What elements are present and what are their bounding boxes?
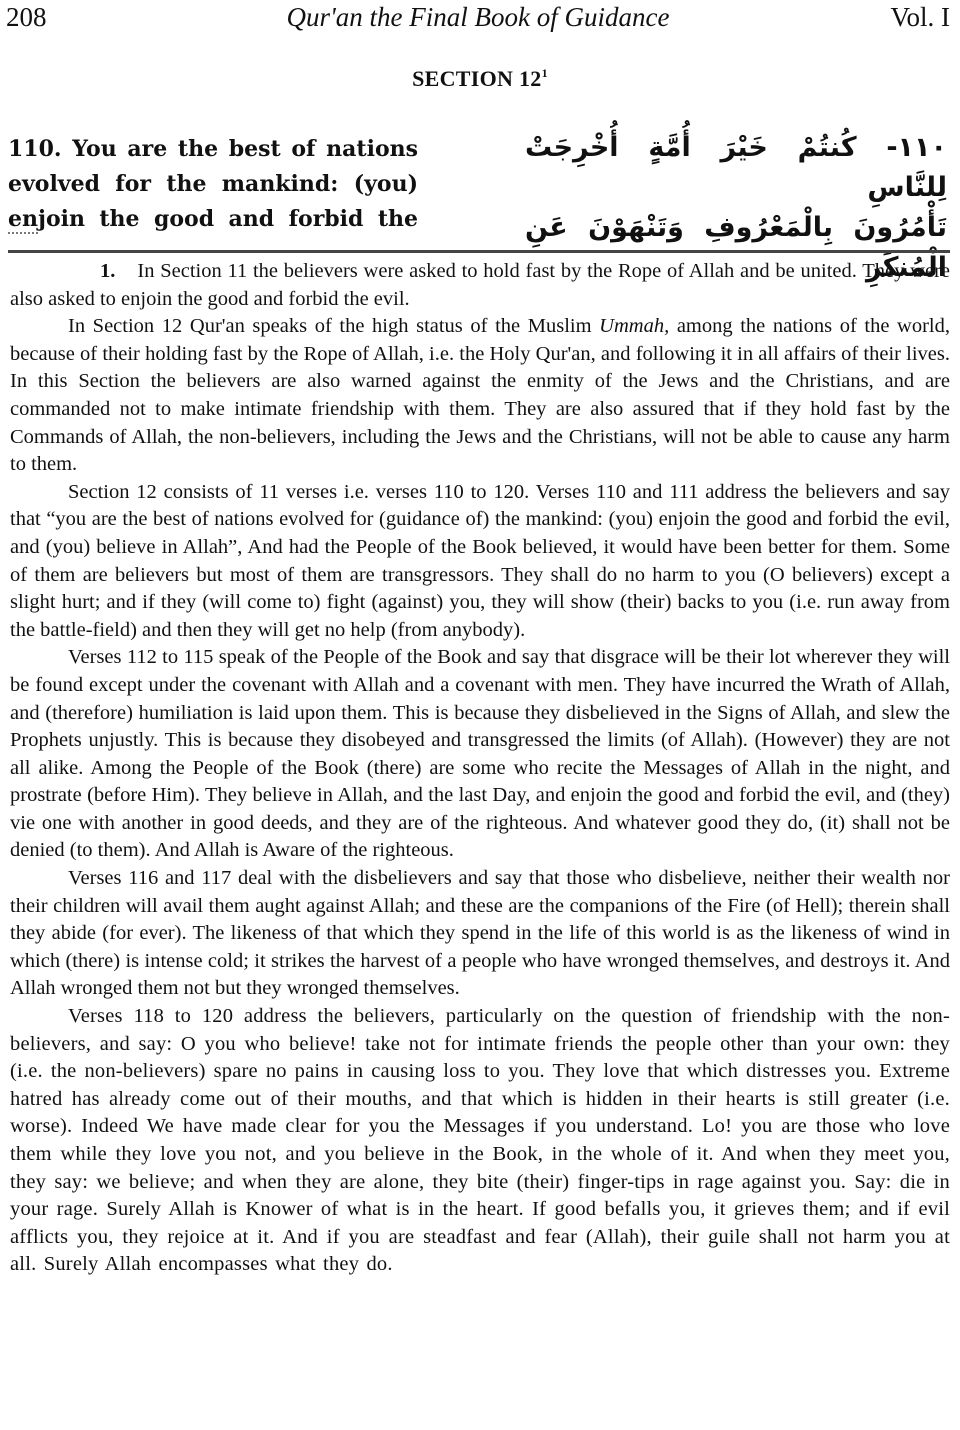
page-header: 208 Qur'an the Final Book of Guidance Vo…: [6, 2, 950, 36]
verse-english-line: enjoin the good and forbid the: [8, 202, 418, 237]
commentary-paragraph: 1.In Section 11 the believers were asked…: [10, 258, 950, 313]
paragraph-text: In Section 11 the believers were asked t…: [10, 260, 950, 310]
footnote-number: 1.: [100, 260, 115, 282]
commentary-paragraph: Verses 112 to 115 speak of the People of…: [10, 644, 950, 865]
footnote-marker: 1: [542, 66, 548, 80]
commentary: 1.In Section 11 the believers were asked…: [10, 258, 950, 1279]
verse-arabic-line: ١١٠- كُنتُمْ خَيْرَ أُمَّةٍ أُخْرِجَتْ ل…: [525, 128, 947, 208]
continuation-marker: [8, 232, 38, 234]
commentary-paragraph: Section 12 consists of 11 verses i.e. ve…: [10, 479, 950, 645]
verse-english-line: evolved for the mankind: (you): [8, 167, 418, 202]
commentary-paragraph: Verses 116 and 117 deal with the disbeli…: [10, 865, 950, 1003]
paragraph-text: Section 12 consists of 11 verses i.e. ve…: [10, 481, 950, 641]
commentary-paragraph: In Section 12 Qur'an speaks of the high …: [10, 313, 950, 479]
divider-rule: [8, 250, 950, 253]
commentary-paragraph: Verses 118 to 120 address the believers,…: [10, 1003, 950, 1279]
italic-term: Ummah,: [599, 315, 669, 337]
verse-english-line: 110. You are the best of nations: [8, 132, 418, 167]
paragraph-text: Verses 112 to 115 speak of the People of…: [10, 646, 950, 861]
paragraph-text: Verses 116 and 117 deal with the disbeli…: [10, 867, 950, 999]
running-title: Qur'an the Final Book of Guidance: [6, 2, 950, 33]
paragraph-text: among the nations of the world, because …: [10, 315, 950, 475]
section-heading: SECTION 121: [0, 66, 960, 92]
verse-english: 110. You are the best of nations evolved…: [8, 132, 418, 237]
volume-label: Vol. I: [890, 2, 950, 33]
section-title: SECTION 12: [412, 66, 542, 91]
paragraph-text: In Section 12 Qur'an speaks of the high …: [68, 315, 599, 337]
paragraph-text: Verses 118 to 120 address the believers,…: [10, 1005, 950, 1275]
